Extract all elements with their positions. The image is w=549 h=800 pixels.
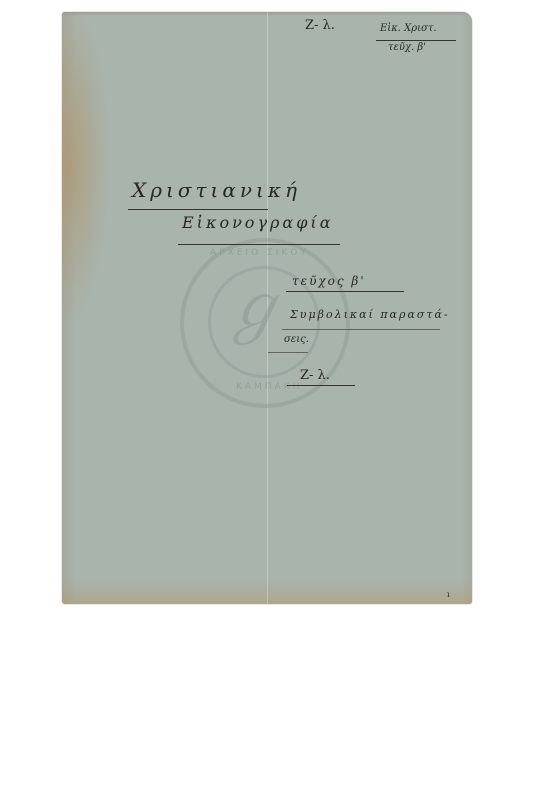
subject-line-2: σεις.: [284, 334, 309, 345]
page-mark: ı: [447, 590, 450, 599]
body-code-underline: [287, 385, 355, 386]
stamp-monogram-icon: ℊ: [222, 256, 286, 348]
title-line-2-underline: [178, 244, 340, 245]
subject-line-1: Συμβολικαί παραστά-: [290, 308, 450, 321]
document-page: ℊ ΑΡΧΕΙΟ ΣΙΚΟΥ ΚΑΜΠΑΚΗ Ζ- λ. Εἰκ. Χριστ.…: [62, 12, 472, 604]
issue-label: τεῦχος β': [292, 274, 366, 288]
subject-line-2-underline: [268, 352, 308, 353]
header-code: Ζ- λ.: [305, 18, 335, 33]
subject-underline: [282, 329, 440, 330]
title-line-2: Εἰκονογραφία: [182, 213, 334, 232]
title-line-1-underline: [128, 209, 268, 210]
shelfmark-line-2: τεῦχ. β': [388, 42, 426, 53]
issue-underline: [286, 291, 404, 292]
stamp-bottom-text: ΚΑΜΠΑΚΗ: [236, 382, 302, 392]
shelfmark-line-1: Εἰκ. Χριστ.: [380, 23, 437, 34]
title-line-1: Χριστιανική: [132, 178, 301, 202]
body-code: Ζ- λ.: [300, 368, 330, 383]
stamp-top-text: ΑΡΧΕΙΟ ΣΙΚΟΥ: [210, 248, 309, 258]
shelfmark-divider: [376, 40, 456, 41]
